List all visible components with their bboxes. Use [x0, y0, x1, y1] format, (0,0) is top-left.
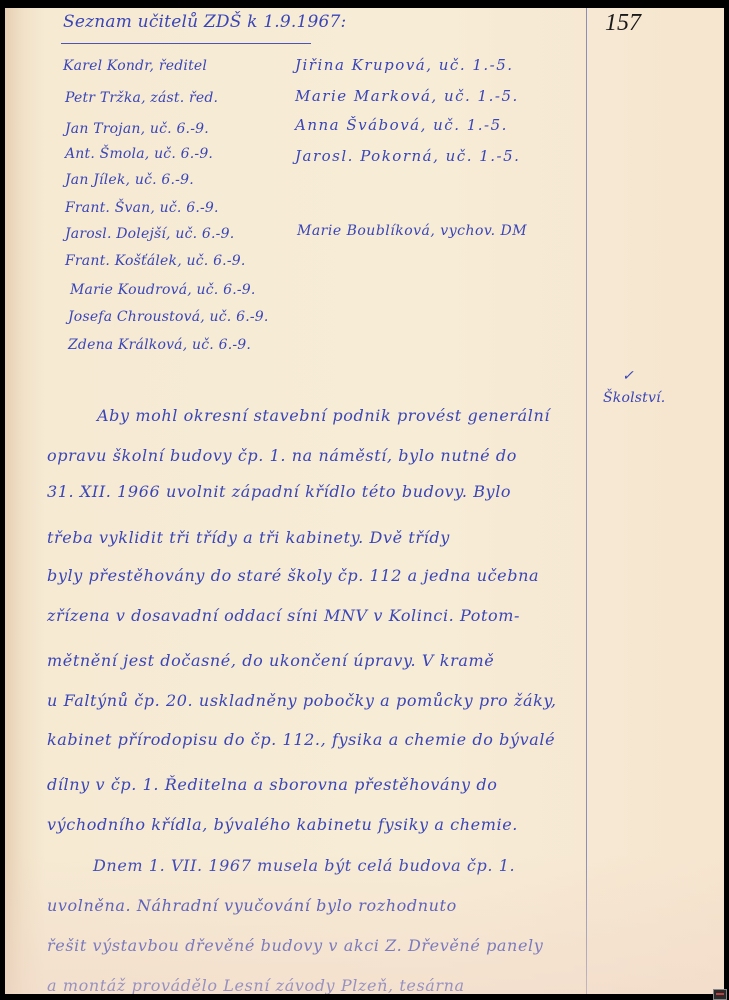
- text-line: zřízena v dosavadní oddací síni MNV v Ko…: [47, 606, 520, 625]
- margin-note: Školství.: [603, 390, 665, 406]
- text-line: východního křídla, bývalého kabinetu fys…: [47, 815, 518, 834]
- text-line: u Faltýnů čp. 20. uskladněny pobočky a p…: [47, 691, 557, 710]
- viewer-corner-icon[interactable]: [713, 989, 727, 1000]
- teacher-entry: Ant. Šmola, uč. 6.-9.: [65, 146, 213, 162]
- teacher-entry: Jan Jílek, uč. 6.-9.: [65, 172, 194, 188]
- document-page: Seznam učitelů ZDŠ k 1.9.1967: 157 Karel…: [5, 8, 724, 994]
- teacher-entry: Karel Kondr, ředitel: [63, 58, 207, 74]
- text-line: byly přestěhovány do staré školy čp. 112…: [47, 566, 539, 585]
- text-line: dílny v čp. 1. Ředitelna a sborovna přes…: [47, 775, 497, 794]
- text-line: Aby mohl okresní stavební podnik provést…: [97, 406, 550, 425]
- teacher-entry: Josefa Chroustová, uč. 6.-9.: [68, 309, 269, 325]
- text-line: 31. XII. 1966 uvolnit západní křídlo tét…: [47, 482, 511, 501]
- teacher-entry: Frant. Švan, uč. 6.-9.: [65, 200, 219, 216]
- text-line: a montáž provádělo Lesní závody Plzeň, t…: [47, 976, 465, 994]
- text-line: Dnem 1. VII. 1967 musela být celá budova…: [93, 856, 515, 875]
- title-underline: [61, 43, 311, 44]
- text-line: mětnění jest dočasné, do ukončení úpravy…: [47, 651, 494, 670]
- teacher-entry: Petr Tržka, zást. řed.: [65, 90, 218, 106]
- teacher-entry: Jiřina Krupová, uč. 1.-5.: [295, 56, 514, 74]
- teacher-entry: Jarosl. Pokorná, uč. 1.-5.: [295, 147, 520, 165]
- text-line: uvolněna. Náhradní vyučování bylo rozhod…: [47, 896, 457, 915]
- teacher-entry: Frant. Košťálek, uč. 6.-9.: [65, 253, 246, 269]
- margin-line: [586, 8, 587, 994]
- teacher-entry: Jan Trojan, uč. 6.-9.: [65, 121, 209, 137]
- text-line: řešit výstavbou dřevěné budovy v akci Z.…: [47, 936, 543, 955]
- list-title: Seznam učitelů ZDŠ k 1.9.1967:: [63, 12, 347, 32]
- page-number: 157: [605, 10, 641, 37]
- text-line: opravu školní budovy čp. 1. na náměstí, …: [47, 446, 517, 465]
- teacher-entry: Marie Marková, uč. 1.-5.: [295, 87, 519, 105]
- teacher-entry: Jarosl. Dolejší, uč. 6.-9.: [65, 226, 234, 242]
- text-line: třeba vyklidit tři třídy a tři kabinety.…: [47, 528, 450, 547]
- text-line: kabinet přírodopisu do čp. 112., fysika …: [47, 730, 555, 749]
- teacher-entry: Marie Boublíková, vychov. DM: [297, 223, 527, 239]
- teacher-entry: Marie Koudrová, uč. 6.-9.: [70, 282, 256, 298]
- teacher-entry: Anna Švábová, uč. 1.-5.: [295, 116, 508, 134]
- check-mark-icon: ✓: [622, 368, 634, 384]
- teacher-entry: Zdena Králková, uč. 6.-9.: [68, 337, 251, 353]
